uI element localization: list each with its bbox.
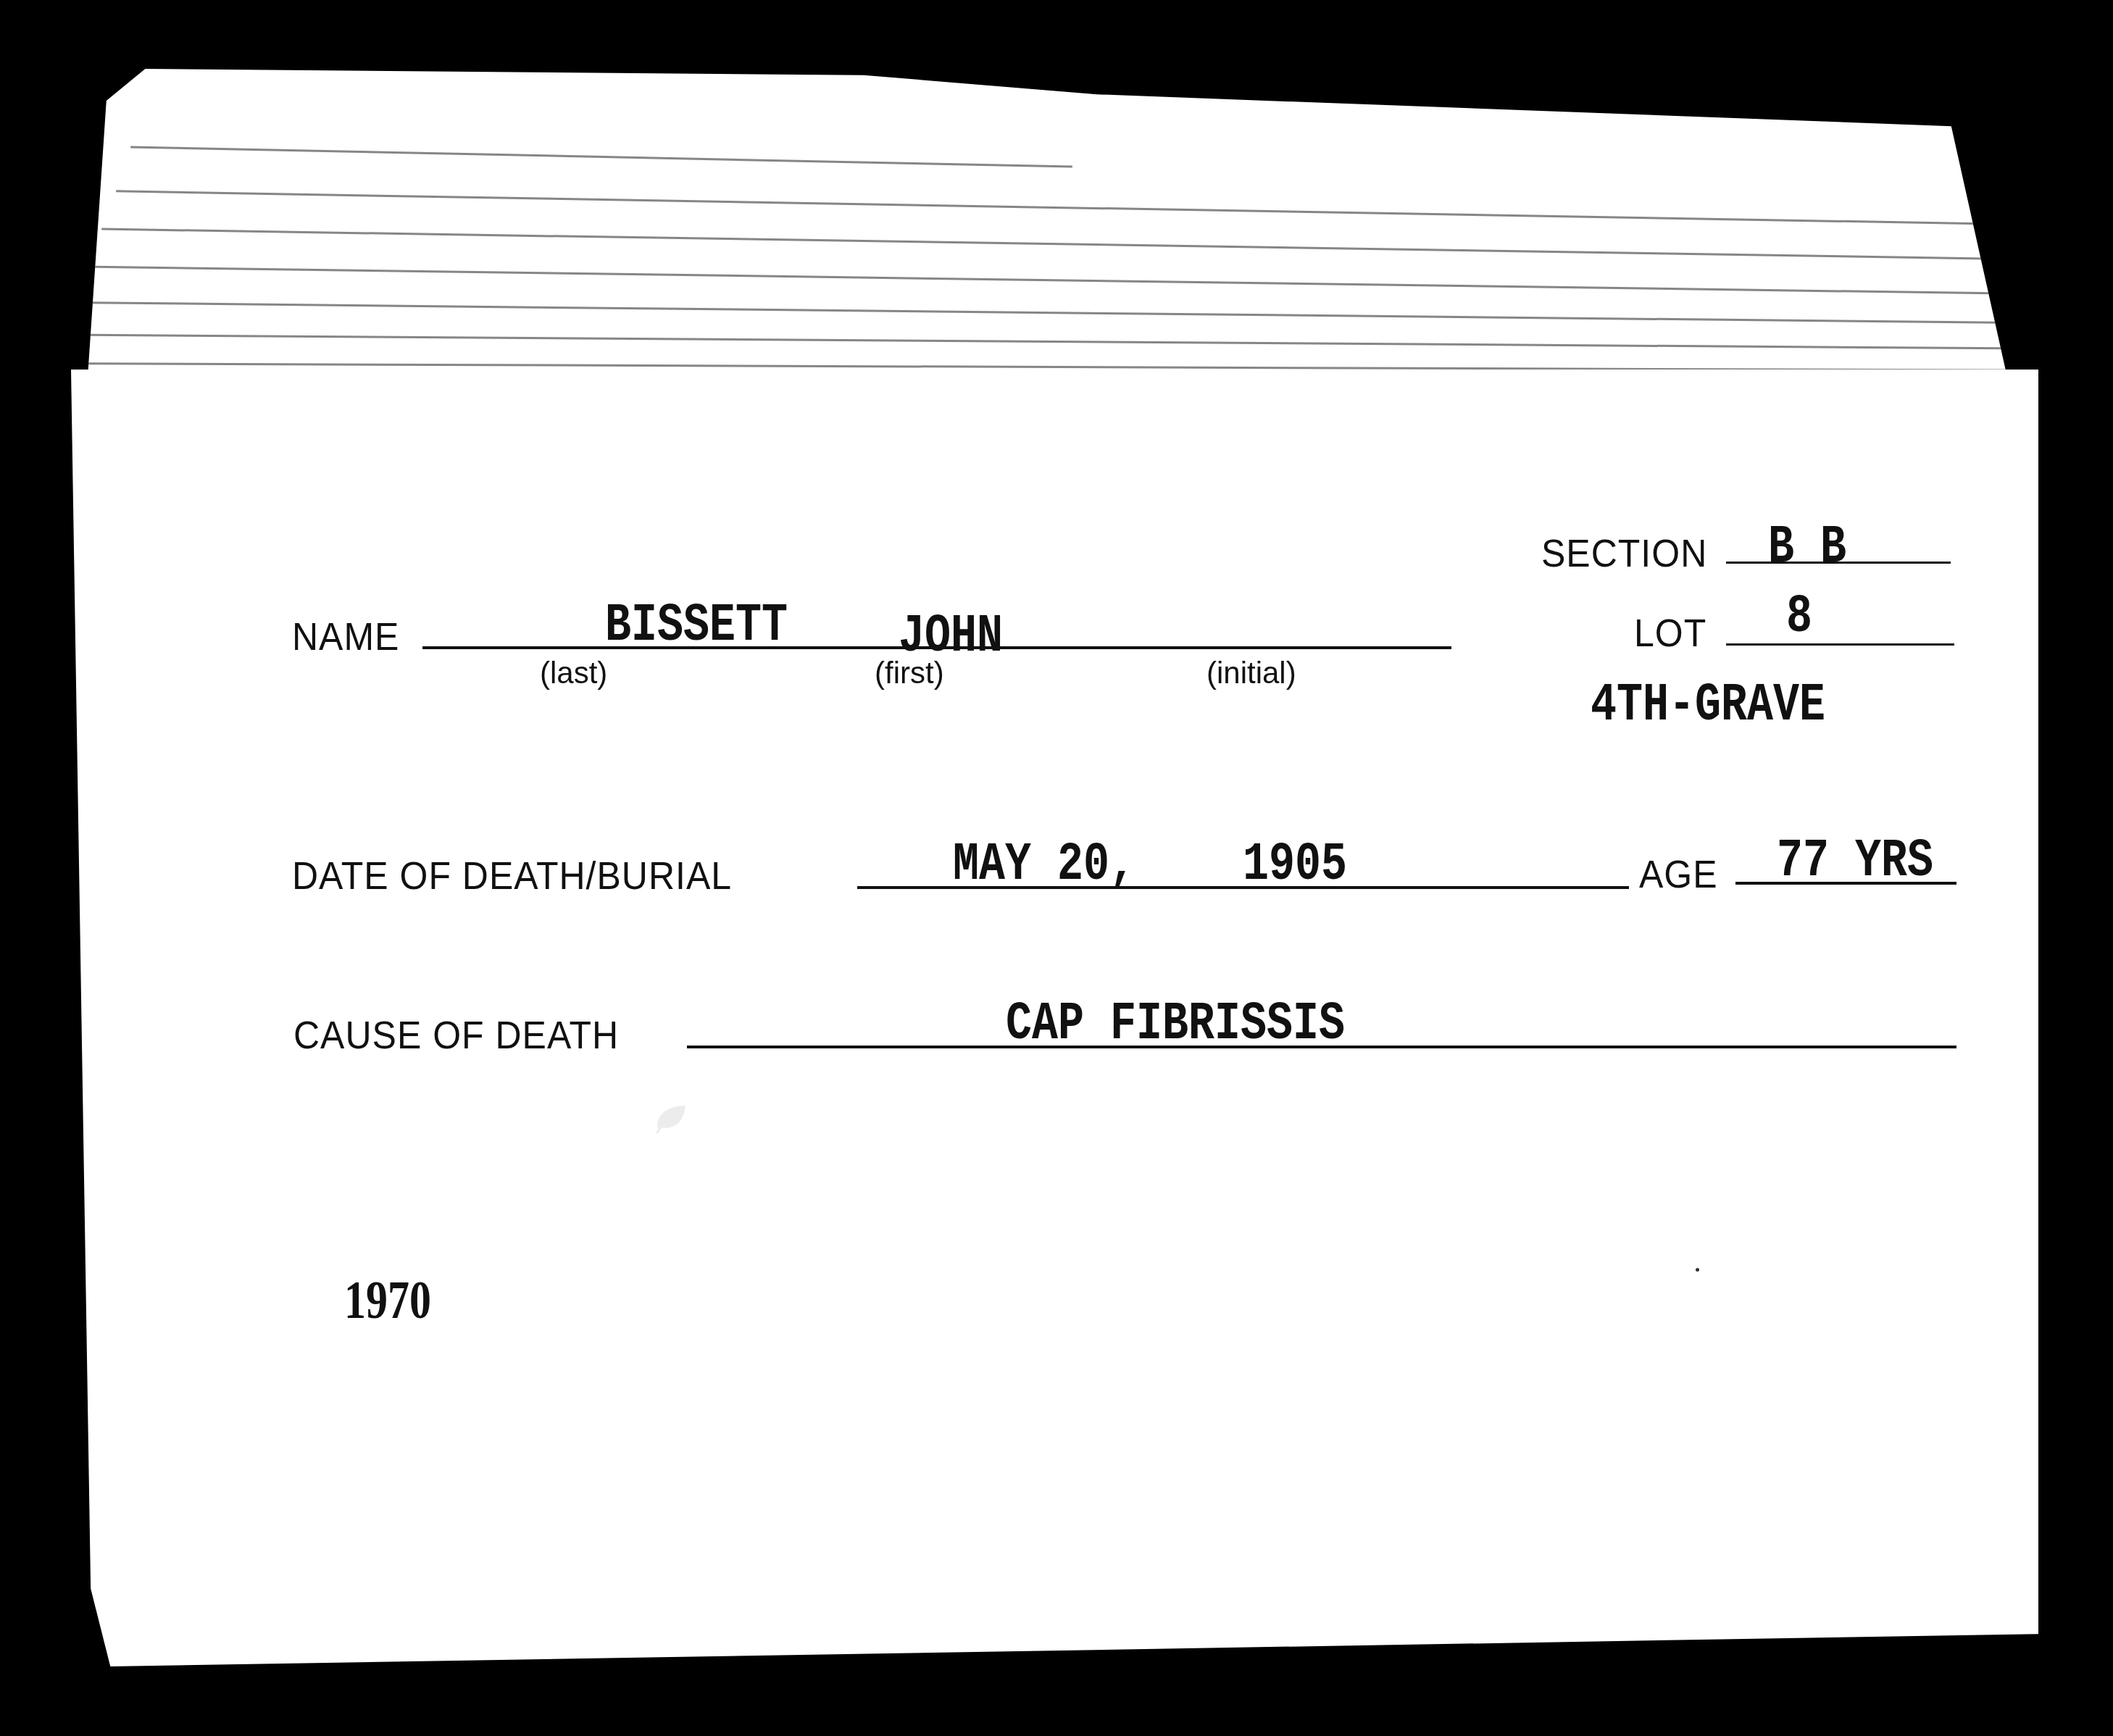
stack-edge-line (87, 301, 2000, 324)
leaf-icon (652, 1101, 688, 1134)
lot-label: LOT (1634, 611, 1706, 656)
name-label: NAME (292, 614, 399, 660)
name-last-caption: (last) (540, 656, 607, 690)
stack-edge-line (94, 266, 1993, 295)
stack-edge-line (101, 228, 1985, 260)
name-first-caption: (first) (875, 656, 944, 690)
date-label: DATE OF DEATH/BURIAL (292, 854, 732, 899)
age-label: AGE (1639, 852, 1718, 898)
footer-year: 1970 (344, 1269, 431, 1331)
lot-value: 8 (1786, 587, 1812, 648)
lot-rule (1726, 643, 1954, 646)
stack-edge-line (116, 190, 2000, 225)
date-month-day-value: MAY 20, (953, 835, 1135, 896)
section-label: SECTION (1541, 531, 1707, 577)
cause-label: CAUSE OF DEATH (293, 1013, 619, 1059)
card-stack-behind (87, 69, 2029, 388)
stack-edge-line (87, 334, 2007, 350)
grave-note: 4TH-GRAVE (1591, 675, 1825, 737)
name-initial-caption: (initial) (1206, 656, 1296, 690)
speck (1696, 1268, 1699, 1272)
cause-value: CAP FIBRISSIS (1006, 994, 1345, 1056)
stack-edge-line (130, 146, 1072, 167)
section-value: B B (1768, 517, 1846, 579)
age-value: 77 YRS (1777, 831, 1933, 893)
name-last-value: BISSETT (605, 596, 788, 657)
date-year-value: 1905 (1243, 835, 1347, 896)
